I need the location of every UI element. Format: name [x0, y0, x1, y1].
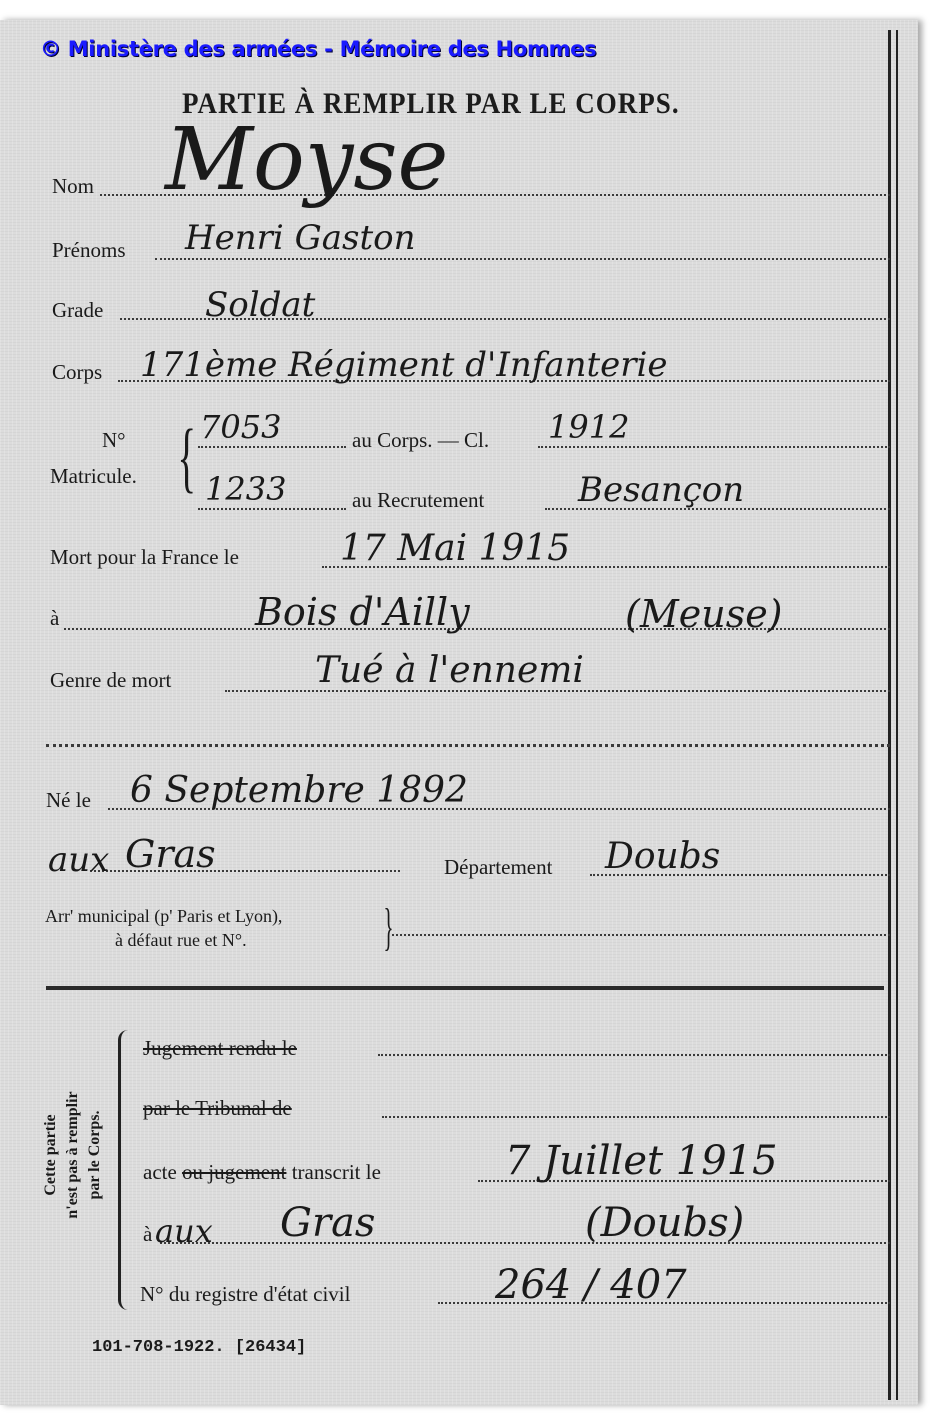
mort-a-department: (Meuse)	[625, 592, 783, 636]
classe-line	[538, 446, 890, 448]
mort-le-label: Mort pour la France le	[50, 545, 239, 570]
side-note-line-3: par le Corps.	[84, 1070, 106, 1240]
prenoms-value: Henri Gaston	[185, 218, 416, 258]
document-sheet	[0, 20, 918, 1405]
corps-value: 171ème Régiment d'Infanterie	[140, 345, 668, 385]
recrutement-label: au Recrutement	[352, 488, 484, 513]
nom-value: Moyse	[165, 110, 448, 210]
side-note-line-1: Cette partie	[40, 1070, 62, 1240]
matricule-no-label: N°	[102, 428, 126, 453]
transcrit-a-prefix: aux	[155, 1212, 213, 1250]
prenoms-line	[155, 258, 890, 260]
mort-a-value: Bois d'Ailly	[255, 590, 470, 634]
acte-label-part1: acte	[143, 1160, 177, 1184]
corps-label: Corps	[52, 360, 102, 385]
ne-le-value: 6 Septembre 1892	[130, 770, 468, 811]
mort-a-label: à	[50, 606, 59, 631]
side-note: Cette partie n'est pas à remplir par le …	[40, 1070, 106, 1240]
acte-label-struck: ou jugement	[182, 1160, 286, 1184]
side-note-line-2: n'est pas à remplir	[62, 1070, 84, 1240]
recrutement-value: 1233	[205, 470, 286, 508]
acte-label-part2: transcrit le	[292, 1160, 381, 1184]
transcrit-a-value: Gras	[280, 1200, 375, 1246]
jugement-label: Jugement rendu le	[143, 1036, 297, 1061]
grade-label: Grade	[52, 298, 103, 323]
arrondissement-brace: }	[383, 902, 393, 954]
matricule-brace: {	[177, 418, 196, 496]
classe-value: 1912	[548, 408, 629, 446]
footer-code: 101-708-1922. [26434]	[92, 1338, 306, 1357]
departement-value: Doubs	[605, 836, 720, 877]
registre-value: 264 / 407	[495, 1262, 687, 1308]
blank-line	[46, 744, 890, 747]
recrutement-place-value: Besançon	[578, 470, 744, 510]
departement-label: Département	[444, 855, 552, 880]
genre-de-mort-label: Genre de mort	[50, 668, 171, 693]
copyright-watermark: © Ministère des armées - Mémoire des Hom…	[40, 37, 596, 61]
tribunal-label: par le Tribunal de	[143, 1096, 292, 1121]
au-corps-label: au Corps. — Cl.	[352, 428, 489, 453]
transcrit-a-department: (Doubs)	[585, 1200, 744, 1246]
matricule-label: Matricule.	[50, 464, 137, 489]
transcrit-a-label: à	[143, 1222, 152, 1247]
acte-value: 7 Juillet 1915	[505, 1138, 778, 1184]
civil-section-brace	[118, 1030, 133, 1310]
tribunal-line	[382, 1116, 890, 1118]
mort-le-value: 17 Mai 1915	[340, 528, 570, 569]
right-margin-rule	[888, 30, 891, 1400]
au-corps-value: 7053	[200, 408, 281, 446]
transcrit-a-line	[160, 1242, 890, 1244]
arrondissement-line	[392, 934, 890, 936]
jugement-line	[378, 1054, 890, 1056]
right-margin-rule-2	[896, 30, 898, 1400]
au-corps-line	[198, 446, 346, 448]
genre-de-mort-value: Tué à l'ennemi	[315, 650, 584, 691]
ne-a-value: Gras	[125, 832, 216, 876]
nom-label: Nom	[52, 174, 94, 199]
ne-a-prefix: aux	[48, 840, 109, 880]
arrondissement-label-1: Arr' municipal (p' Paris et Lyon),	[45, 906, 282, 927]
recrutement-no-line	[198, 508, 346, 510]
arrondissement-label-2: à défaut rue et N°.	[115, 930, 247, 951]
registre-label: N° du registre d'état civil	[140, 1282, 350, 1307]
acte-label: acte ou jugement transcrit le	[143, 1160, 381, 1185]
section-divider	[46, 986, 884, 990]
grade-value: Soldat	[205, 285, 315, 325]
prenoms-label: Prénoms	[52, 238, 126, 263]
ne-le-label: Né le	[46, 788, 91, 813]
